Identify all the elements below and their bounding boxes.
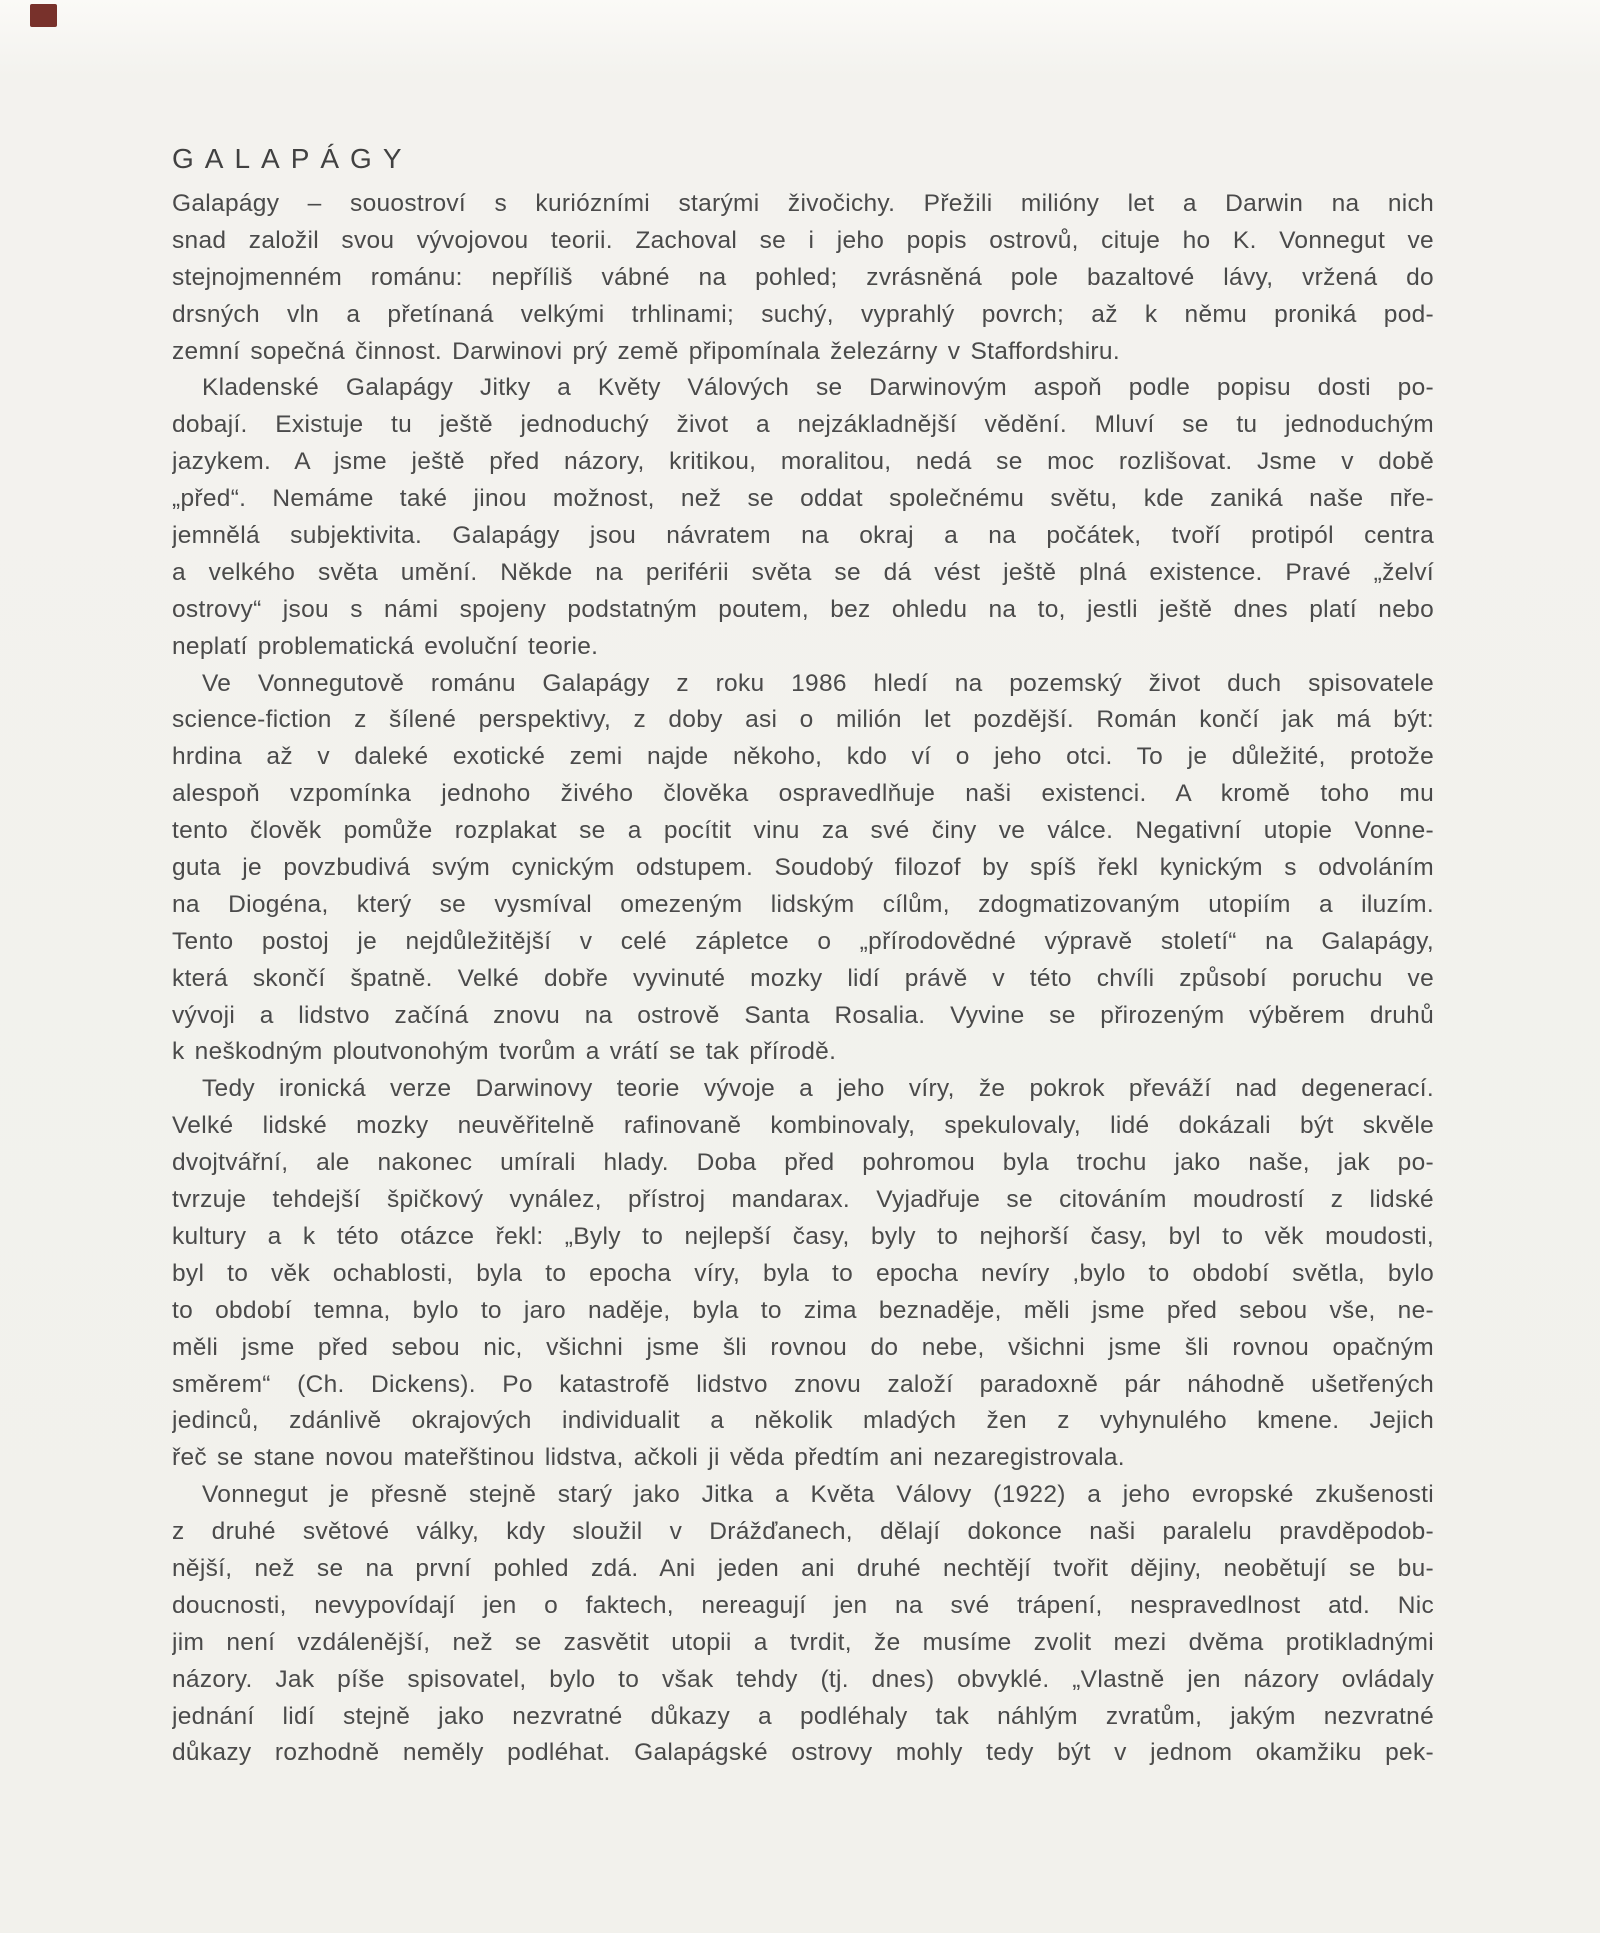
text-line: řeč se stane novou mateřštinou lidstva, … bbox=[172, 1440, 1434, 1477]
text-line: jemnělá subjektivita. Galapágy jsou návr… bbox=[172, 518, 1434, 555]
text-line: Tento postoj je nejdůležitější v celé zá… bbox=[172, 924, 1434, 961]
text-line: názory. Jak píše spisovatel, bylo to vša… bbox=[172, 1662, 1434, 1699]
text-column: GALAPÁGY Galapágy – souostroví s kuriózn… bbox=[172, 142, 1434, 1772]
text-line: zemní sopečná činnost. Darwinovi prý zem… bbox=[172, 334, 1434, 371]
text-line: Vonnegut je přesně stejně starý jako Jit… bbox=[172, 1477, 1434, 1514]
text-line: která skončí špatně. Velké dobře vyvinut… bbox=[172, 961, 1434, 998]
text-line: Tedy ironická verze Darwinovy teorie výv… bbox=[172, 1071, 1434, 1108]
text-line: neplatí problematická evoluční teorie. bbox=[172, 629, 1434, 666]
text-line: dobají. Existuje tu ještě jednoduchý živ… bbox=[172, 407, 1434, 444]
text-line: a velkého světa umění. Někde na periféri… bbox=[172, 555, 1434, 592]
text-line: Velké lidské mozky neuvěřitelně rafinova… bbox=[172, 1108, 1434, 1145]
text-line: science-fiction z šílené perspektivy, z … bbox=[172, 702, 1434, 739]
page-title: GALAPÁGY bbox=[172, 142, 1434, 186]
text-line: stejnojmenném románu: nepříliš vábné na … bbox=[172, 260, 1434, 297]
text-line: Galapágy – souostroví s kuriózními starý… bbox=[172, 186, 1434, 223]
text-line: „před“. Nemáme také jinou možnost, než s… bbox=[172, 481, 1434, 518]
text-line: byl to věk ochablosti, byla to epocha ví… bbox=[172, 1256, 1434, 1293]
text-line: jazykem. A jsme ještě před názory, kriti… bbox=[172, 444, 1434, 481]
text-body: Galapágy – souostroví s kuriózními starý… bbox=[172, 186, 1434, 1772]
text-line: měli jsme před sebou nic, všichni jsme š… bbox=[172, 1330, 1434, 1367]
scanned-page: GALAPÁGY Galapágy – souostroví s kuriózn… bbox=[0, 0, 1600, 1933]
text-line: nější, než se na první pohled zdá. Ani j… bbox=[172, 1551, 1434, 1588]
text-line: Ve Vonnegutově románu Galapágy z roku 19… bbox=[172, 666, 1434, 703]
text-line: guta je povzbudivá svým cynickým odstupe… bbox=[172, 850, 1434, 887]
text-line: tento člověk pomůže rozplakat se a pocít… bbox=[172, 813, 1434, 850]
text-line: vývoji a lidstvo začíná znovu na ostrově… bbox=[172, 998, 1434, 1035]
text-line: jedinců, zdánlivě okrajových individuali… bbox=[172, 1403, 1434, 1440]
text-line: hrdina až v daleké exotické zemi najde n… bbox=[172, 739, 1434, 776]
text-line: ostrovy“ jsou s námi spojeny podstatným … bbox=[172, 592, 1434, 629]
text-line: směrem“ (Ch. Dickens). Po katastrofě lid… bbox=[172, 1367, 1434, 1404]
text-line: jednání lidí stejně jako nezvratné důkaz… bbox=[172, 1699, 1434, 1736]
text-line: z druhé světové války, kdy sloužil v Drá… bbox=[172, 1514, 1434, 1551]
text-line: kultury a k této otázce řekl: „Byly to n… bbox=[172, 1219, 1434, 1256]
text-line: doucnosti, nevypovídají jen o faktech, n… bbox=[172, 1588, 1434, 1625]
text-line: alespoň vzpomínka jednoho živého člověka… bbox=[172, 776, 1434, 813]
text-line: dvojtvářní, ale nakonec umírali hlady. D… bbox=[172, 1145, 1434, 1182]
text-line: tvrzuje tehdejší špičkový vynález, příst… bbox=[172, 1182, 1434, 1219]
text-line: to období temna, bylo to jaro naděje, by… bbox=[172, 1293, 1434, 1330]
text-line: jim není vzdálenější, než se zasvětit ut… bbox=[172, 1625, 1434, 1662]
text-line: na Diogéna, který se vysmíval omezeným l… bbox=[172, 887, 1434, 924]
scan-artifact-mark bbox=[30, 4, 57, 27]
text-line: drsných vln a přetínaná velkými trhlinam… bbox=[172, 297, 1434, 334]
text-line: snad založil svou vývojovou teorii. Zach… bbox=[172, 223, 1434, 260]
text-line: Kladenské Galapágy Jitky a Květy Válovýc… bbox=[172, 370, 1434, 407]
text-line: k neškodným ploutvonohým tvorům a vrátí … bbox=[172, 1034, 1434, 1071]
text-line: důkazy rozhodně neměly podléhat. Galapág… bbox=[172, 1735, 1434, 1772]
